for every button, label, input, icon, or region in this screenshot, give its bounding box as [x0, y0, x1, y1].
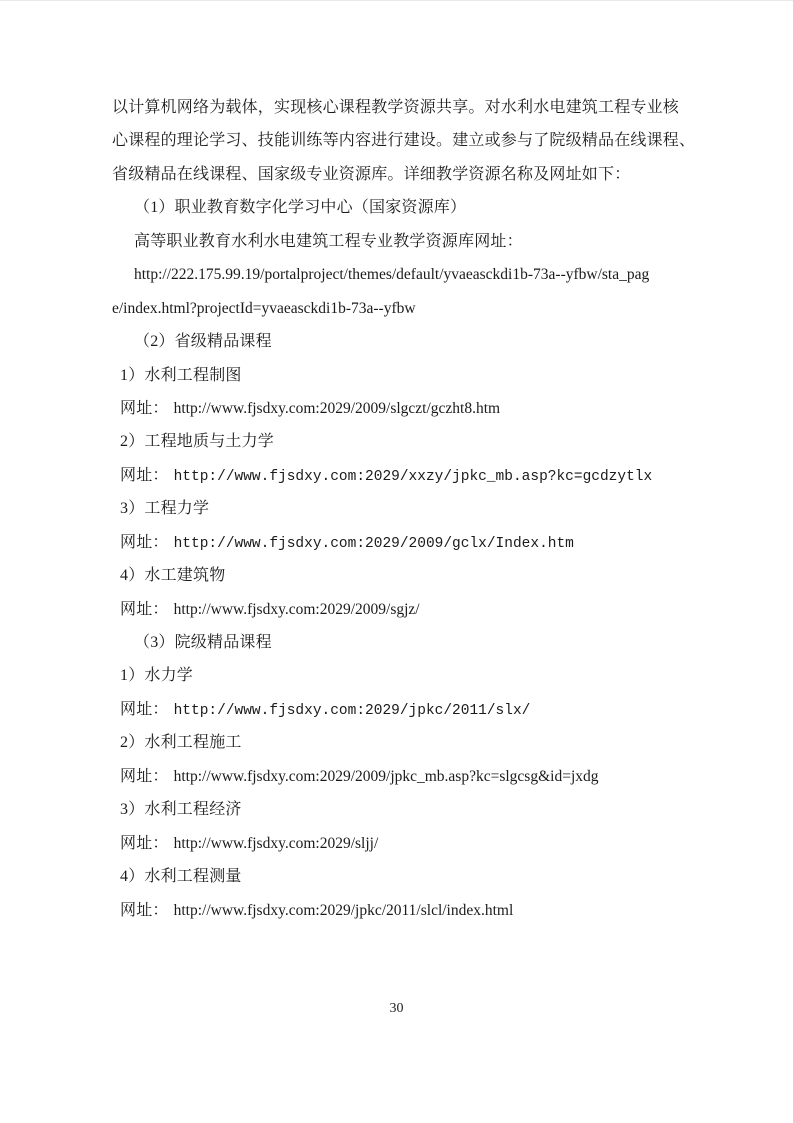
- url-text: http://www.fjsdxy.com:2029/2009/sgjz/: [174, 601, 420, 618]
- cjk-text: 1）水利工程制图: [120, 367, 242, 384]
- cjk-text: 网址：: [120, 601, 169, 618]
- text-line: 1）水利工程制图: [112, 359, 690, 392]
- cjk-text: 4）水工建筑物: [120, 567, 225, 584]
- cjk-text: 网址：: [120, 768, 169, 785]
- text-line: 网址：http://www.fjsdxy.com:2029/2009/slgcz…: [112, 392, 690, 425]
- text-line: 网址：http://www.fjsdxy.com:2029/2009/gclx/…: [112, 526, 690, 559]
- text-line: （2）省级精品课程: [112, 325, 690, 358]
- text-line: 2）工程地质与土力学: [112, 425, 690, 458]
- text-line: 网址：http://www.fjsdxy.com:2029/sljj/: [112, 827, 690, 860]
- url-text: http://www.fjsdxy.com:2029/xxzy/jpkc_mb.…: [174, 469, 653, 485]
- cjk-text: （2）省级精品课程: [134, 333, 272, 350]
- cjk-text: 以计算机网络为载体，实现核心课程教学资源共享。对水利水电建筑工程专业核: [112, 99, 679, 116]
- cjk-text: 省级精品在线课程、国家级专业资源库。详细教学资源名称及网址如下：: [112, 166, 630, 183]
- url-text: http://222.175.99.19/portalproject/theme…: [134, 266, 649, 283]
- text-line: 网址：http://www.fjsdxy.com:2029/jpkc/2011/…: [112, 693, 690, 726]
- url-text: http://www.fjsdxy.com:2029/jpkc/2011/slc…: [174, 902, 514, 919]
- url-text: http://www.fjsdxy.com:2029/2009/jpkc_mb.…: [174, 768, 599, 785]
- cjk-text: 网址：: [120, 400, 169, 417]
- url-text: http://www.fjsdxy.com:2029/2009/gclx/Ind…: [174, 536, 574, 552]
- page-number: 30: [0, 1001, 793, 1017]
- text-line: 1）水力学: [112, 659, 690, 692]
- text-line: 省级精品在线课程、国家级专业资源库。详细教学资源名称及网址如下：: [112, 158, 690, 191]
- text-line: 3）水利工程经济: [112, 793, 690, 826]
- url-text: http://www.fjsdxy.com:2029/sljj/: [174, 835, 379, 852]
- text-line: http://222.175.99.19/portalproject/theme…: [112, 258, 690, 291]
- text-line: 网址：http://www.fjsdxy.com:2029/jpkc/2011/…: [112, 894, 690, 927]
- text-line: 2）水利工程施工: [112, 726, 690, 759]
- text-line: 4）水工建筑物: [112, 559, 690, 592]
- cjk-text: 网址：: [120, 835, 169, 852]
- cjk-text: （1）职业教育数字化学习中心（国家资源库）: [134, 199, 466, 216]
- url-text: e/index.html?projectId=yvaeasckdi1b-73a-…: [112, 300, 416, 317]
- url-text: http://www.fjsdxy.com:2029/jpkc/2011/slx…: [174, 703, 531, 719]
- text-line: 以计算机网络为载体，实现核心课程教学资源共享。对水利水电建筑工程专业核: [112, 91, 690, 124]
- cjk-text: 心课程的理论学习、技能训练等内容进行建设。建立或参与了院级精品在线课程、: [112, 132, 695, 149]
- text-line: 网址：http://www.fjsdxy.com:2029/xxzy/jpkc_…: [112, 459, 690, 492]
- scanned-document-page: { "page": { "number": "30", "text_color"…: [0, 0, 793, 1123]
- document-page: 以计算机网络为载体，实现核心课程教学资源共享。对水利水电建筑工程专业核心课程的理…: [0, 1, 793, 1123]
- cjk-text: （3）院级精品课程: [134, 634, 272, 651]
- cjk-text: 高等职业教育水利水电建筑工程专业教学资源库网址：: [134, 233, 523, 250]
- cjk-text: 网址：: [120, 467, 169, 484]
- cjk-text: 2）工程地质与土力学: [120, 433, 274, 450]
- cjk-text: 网址：: [120, 701, 169, 718]
- cjk-text: 网址：: [120, 534, 169, 551]
- cjk-text: 网址：: [120, 902, 169, 919]
- cjk-text: 2）水利工程施工: [120, 734, 242, 751]
- text-line: 网址：http://www.fjsdxy.com:2029/2009/sgjz/: [112, 593, 690, 626]
- text-line: 高等职业教育水利水电建筑工程专业教学资源库网址：: [112, 225, 690, 258]
- cjk-text: 4）水利工程测量: [120, 868, 242, 885]
- text-line: 4）水利工程测量: [112, 860, 690, 893]
- cjk-text: 3）水利工程经济: [120, 801, 242, 818]
- document-body: 以计算机网络为载体，实现核心课程教学资源共享。对水利水电建筑工程专业核心课程的理…: [112, 91, 690, 927]
- text-line: e/index.html?projectId=yvaeasckdi1b-73a-…: [112, 292, 690, 325]
- cjk-text: 3）工程力学: [120, 500, 209, 517]
- url-text: http://www.fjsdxy.com:2029/2009/slgczt/g…: [174, 400, 500, 417]
- text-line: 3）工程力学: [112, 492, 690, 525]
- text-line: 网址：http://www.fjsdxy.com:2029/2009/jpkc_…: [112, 760, 690, 793]
- text-line: （1）职业教育数字化学习中心（国家资源库）: [112, 191, 690, 224]
- text-line: （3）院级精品课程: [112, 626, 690, 659]
- cjk-text: 1）水力学: [120, 667, 193, 684]
- text-line: 心课程的理论学习、技能训练等内容进行建设。建立或参与了院级精品在线课程、: [112, 124, 690, 157]
